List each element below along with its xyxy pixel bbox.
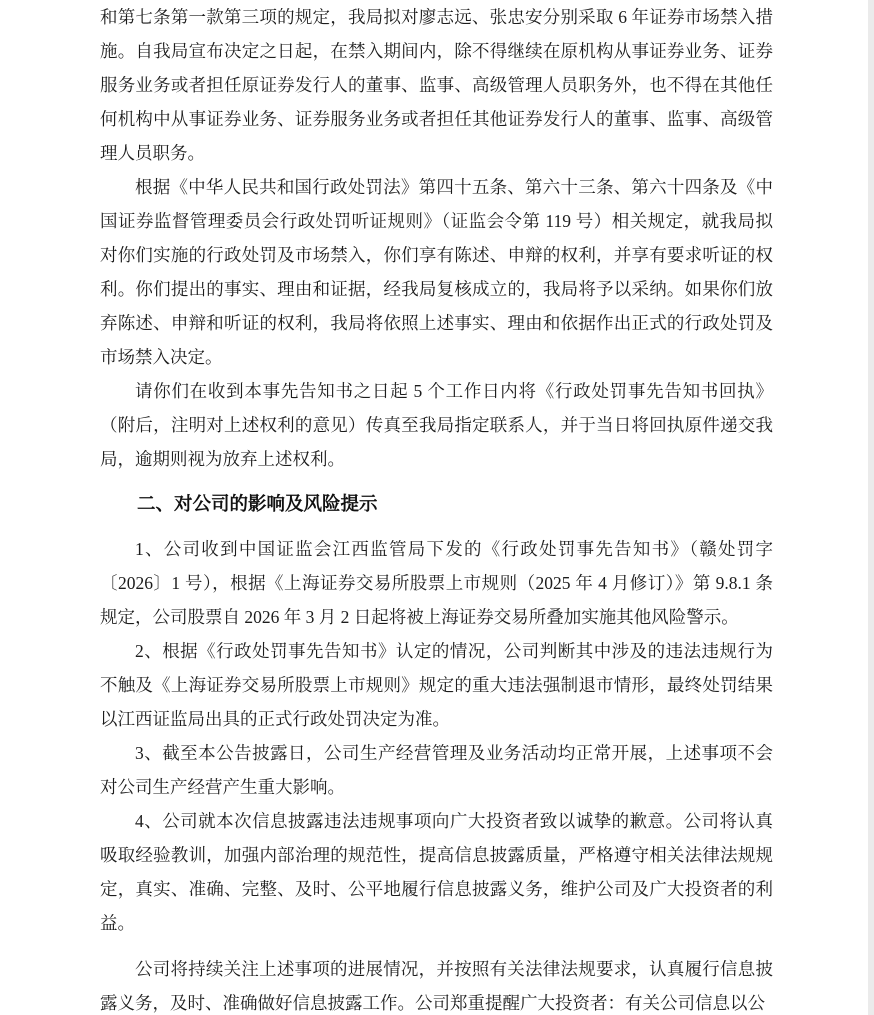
body-paragraph-item-1: 1、公司收到中国证监会江西监管局下发的《行政处罚事先告知书》（赣处罚字〔2026… <box>100 532 773 634</box>
page-edge-strip <box>868 0 874 1015</box>
section-heading: 二、对公司的影响及风险提示 <box>100 487 773 521</box>
body-paragraph-closing: 公司将持续关注上述事项的进展情况，并按照有关法律法规要求，认真履行信息披露义务，… <box>100 952 773 1015</box>
document-page: 和第七条第一款第三项的规定，我局拟对廖志远、张忠安分别采取 6 年证券市场禁入措… <box>0 0 874 1015</box>
body-paragraph: 请你们在收到本事先告知书之日起 5 个工作日内将《行政处罚事先告知书回执》（附后… <box>100 374 773 476</box>
body-paragraph-item-4: 4、公司就本次信息披露违法违规事项向广大投资者致以诚挚的歉意。公司将认真吸取经验… <box>100 804 773 940</box>
body-paragraph-item-3: 3、截至本公告披露日，公司生产经营管理及业务活动均正常开展，上述事项不会对公司生… <box>100 736 773 804</box>
body-paragraph: 根据《中华人民共和国行政处罚法》第四十五条、第六十三条、第六十四条及《中国证券监… <box>100 170 773 374</box>
body-paragraph-item-2: 2、根据《行政处罚事先告知书》认定的情况，公司判断其中涉及的违法违规行为不触及《… <box>100 634 773 736</box>
body-paragraph-continued: 和第七条第一款第三项的规定，我局拟对廖志远、张忠安分别采取 6 年证券市场禁入措… <box>100 0 773 170</box>
document-text-column: 和第七条第一款第三项的规定，我局拟对廖志远、张忠安分别采取 6 年证券市场禁入措… <box>100 0 773 1015</box>
